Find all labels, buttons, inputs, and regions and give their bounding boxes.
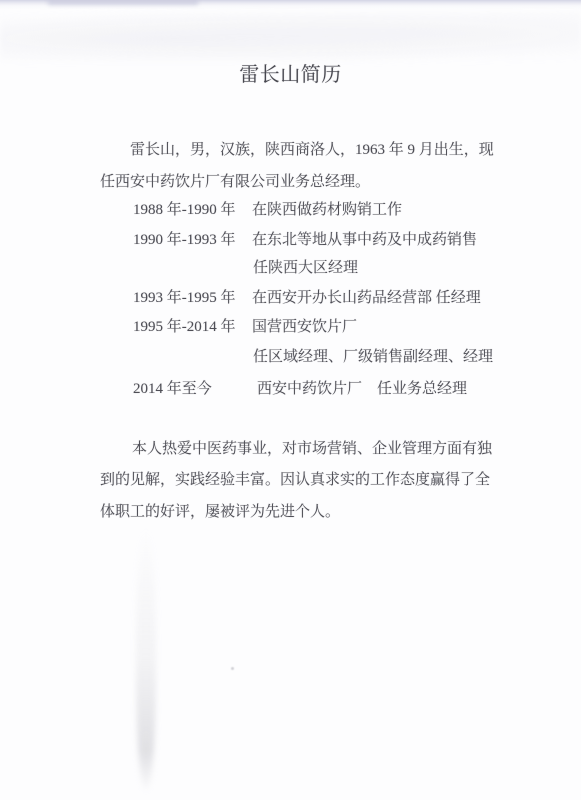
closing-line-2: 到的见解，实践经验丰富。因认真求实的工作态度赢得了全 <box>100 471 490 490</box>
timeline-row: 2014 年至今西安中药饮片厂 任业务总经理 <box>133 380 467 399</box>
timeline-role: 在陕西做药材购销工作 <box>252 202 402 218</box>
scan-artifact-vertical-smudge <box>136 528 156 790</box>
timeline-row: 1988 年-1990 年在陕西做药材购销工作 <box>133 201 402 220</box>
closing-line-3: 体职工的好评，屡被评为先进个人。 <box>100 503 340 522</box>
timeline-role-continuation: 任陕西大区经理 <box>253 259 358 278</box>
timeline-role: 西安中药饮片厂 任业务总经理 <box>257 381 467 397</box>
closing-line-1: 本人热爱中医药事业，对市场营销、企业管理方面有独 <box>132 440 492 459</box>
timeline-period: 1995 年-2014 年 <box>133 318 252 337</box>
timeline-period: 1990 年-1993 年 <box>133 231 252 250</box>
timeline-row: 1993 年-1995 年在西安开办长山药品经营部 任经理 <box>133 289 481 308</box>
timeline-period: 1988 年-1990 年 <box>133 201 252 220</box>
scanned-resume-page: 雷长山简历 雷长山，男，汉族，陕西商洛人，1963 年 9 月出生，现 任西安中… <box>0 0 581 800</box>
scan-artifact-top-edge <box>0 0 581 10</box>
scan-artifact-speck <box>231 667 234 670</box>
timeline-row: 1990 年-1993 年在东北等地从事中药及中成药销售 <box>133 231 477 250</box>
timeline-role: 国营西安饮片厂 <box>252 319 357 335</box>
timeline-period: 1993 年-1995 年 <box>133 289 252 308</box>
document-title: 雷长山简历 <box>0 63 581 87</box>
intro-line-2: 任西安中药饮片厂有限公司业务总经理。 <box>100 173 370 192</box>
timeline-role: 在西安开办长山药品经营部 任经理 <box>252 290 481 306</box>
intro-line-1: 雷长山，男，汉族，陕西商洛人，1963 年 9 月出生，现 <box>130 141 494 160</box>
timeline-role-continuation: 任区域经理、厂级销售副经理、经理 <box>253 348 493 367</box>
scan-artifact-top-edge-dark-patch <box>48 0 198 5</box>
timeline-period: 2014 年至今 <box>133 380 257 399</box>
timeline-role: 在东北等地从事中药及中成药销售 <box>252 232 477 248</box>
timeline-row: 1995 年-2014 年国营西安饮片厂 <box>133 318 357 337</box>
scan-artifact-mottle-band <box>0 12 581 62</box>
